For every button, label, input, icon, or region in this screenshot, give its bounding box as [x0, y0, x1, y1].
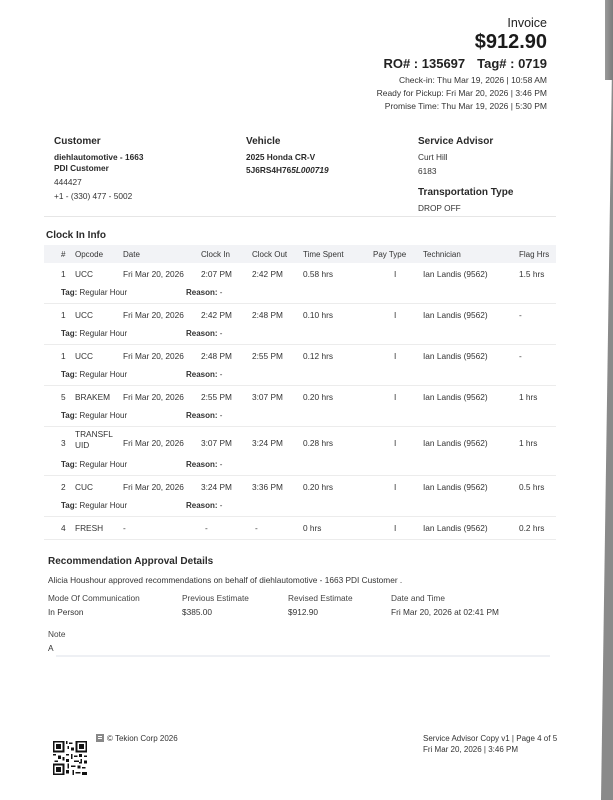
- transportation-type-title: Transportation Type: [418, 187, 578, 198]
- row-clock-out: 2:55 PM: [252, 351, 283, 361]
- promise-time: Promise Time: Thu Mar 19, 2026 | 5:30 PM: [385, 101, 547, 111]
- footer-page-info: Service Advisor Copy v1 | Page 4 of 5 Fr…: [423, 733, 557, 755]
- row-clock-in: 2:42 PM: [201, 310, 232, 320]
- header-clock-in: Clock In: [201, 250, 230, 259]
- row-date: Fri Mar 20, 2026: [123, 482, 184, 492]
- vehicle-title: Vehicle: [246, 136, 406, 147]
- vehicle-vin: 5J6RS4H765L000719: [246, 165, 406, 175]
- row-clock-out: 2:42 PM: [252, 269, 283, 279]
- row-technician: Ian Landis (9562): [423, 269, 488, 279]
- customer-title: Customer: [54, 136, 234, 147]
- row-time-spent: 0.12 hrs: [303, 351, 333, 361]
- table-row: 4 FRESH - - - 0 hrs I Ian Landis (9562) …: [44, 517, 556, 540]
- service-advisor-title: Service Advisor: [418, 136, 578, 147]
- row-opcode: BRAKEM: [75, 392, 110, 402]
- row-date: Fri Mar 20, 2026: [123, 392, 184, 402]
- row-flag-hrs: 1 hrs: [519, 392, 537, 402]
- customer-phone: +1 - (330) 477 - 5002: [54, 191, 234, 201]
- header-time-spent: Time Spent: [303, 250, 344, 259]
- row-clock-in: 2:07 PM: [201, 269, 232, 279]
- transportation-type-value: DROP OFF: [418, 203, 578, 213]
- header-technician: Technician: [423, 250, 461, 259]
- row-num: 5: [61, 392, 66, 402]
- row-tag: Tag: Regular Hour: [61, 501, 127, 510]
- row-tag: Tag: Regular Hour: [61, 411, 127, 420]
- vehicle-model: 2025 Honda CR-V: [246, 152, 406, 162]
- row-tag: Tag: Regular Hour: [61, 460, 127, 469]
- row-date: -: [123, 523, 126, 533]
- row-num: 2: [61, 482, 66, 492]
- customer-name-line2: PDI Customer: [54, 163, 234, 173]
- row-num: 1: [61, 351, 66, 361]
- row-pay-type: I: [394, 351, 396, 361]
- vehicle-block: Vehicle 2025 Honda CR-V 5J6RS4H765L00071…: [246, 136, 406, 175]
- row-clock-in: 3:07 PM: [201, 438, 232, 448]
- customer-id: 444427: [54, 177, 234, 187]
- qr-code-icon: [53, 741, 87, 775]
- section-divider: [44, 216, 556, 217]
- row-technician: Ian Landis (9562): [423, 310, 488, 320]
- row-time-spent: 0.10 hrs: [303, 310, 333, 320]
- tekion-logo-icon: [96, 734, 104, 742]
- row-technician: Ian Landis (9562): [423, 392, 488, 402]
- scan-edge-shadow-top: [605, 0, 613, 80]
- row-clock-in: 3:24 PM: [201, 482, 232, 492]
- row-clock-in: -: [205, 523, 208, 533]
- service-advisor-id: 6183: [418, 166, 578, 176]
- row-pay-type: I: [394, 482, 396, 492]
- row-opcode: UCC: [75, 269, 93, 279]
- table-row: 5 BRAKEM Fri Mar 20, 2026 2:55 PM 3:07 P…: [44, 386, 556, 427]
- row-opcode: UCC: [75, 310, 93, 320]
- section-divider: [56, 655, 550, 657]
- mode-of-communication: Mode Of Communication In Person: [48, 593, 140, 617]
- header-clock-out: Clock Out: [252, 250, 287, 259]
- row-clock-out: 3:24 PM: [252, 438, 283, 448]
- row-opcode: UCC: [75, 351, 93, 361]
- service-advisor-name: Curt Hill: [418, 152, 578, 162]
- ready-for-pickup-time: Ready for Pickup: Fri Mar 20, 2026 | 3:4…: [377, 88, 547, 98]
- row-reason: Reason: -: [186, 501, 222, 510]
- row-tag: Tag: Regular Hour: [61, 329, 127, 338]
- row-flag-hrs: 1 hrs: [519, 438, 537, 448]
- row-technician: Ian Landis (9562): [423, 438, 488, 448]
- header-date: Date: [123, 250, 140, 259]
- previous-estimate: Previous Estimate $385.00: [182, 593, 249, 617]
- row-reason: Reason: -: [186, 329, 222, 338]
- row-reason: Reason: -: [186, 411, 222, 420]
- row-opcode: CUC: [75, 482, 93, 492]
- row-pay-type: I: [394, 310, 396, 320]
- customer-block: Customer diehlautomotive - 1663 PDI Cust…: [54, 136, 234, 201]
- row-tag: Tag: Regular Hour: [61, 288, 127, 297]
- ro-tag-line: RO# : 135697Tag# : 0719: [383, 56, 547, 71]
- ro-number: RO# : 135697: [383, 56, 465, 71]
- row-flag-hrs: -: [519, 351, 522, 361]
- header-pay-type: Pay Type: [373, 250, 406, 259]
- footer-copyright: © Tekion Corp 2026: [96, 734, 178, 743]
- row-num: 1: [61, 269, 66, 279]
- row-reason: Reason: -: [186, 370, 222, 379]
- row-technician: Ian Landis (9562): [423, 482, 488, 492]
- table-row: 1 UCC Fri Mar 20, 2026 2:42 PM 2:48 PM 0…: [44, 304, 556, 345]
- row-num: 3: [61, 438, 66, 448]
- row-flag-hrs: 1.5 hrs: [519, 269, 544, 279]
- copy-info: Service Advisor Copy v1 | Page 4 of 5: [423, 733, 557, 744]
- recommendation-section: Recommendation Approval Details Alicia H…: [48, 556, 558, 653]
- note: Note A: [48, 629, 558, 653]
- vin-prefix: 5J6RS4H76: [246, 165, 291, 175]
- row-date: Fri Mar 20, 2026: [123, 269, 184, 279]
- customer-name-line1: diehlautomotive - 1663: [54, 152, 234, 162]
- row-time-spent: 0.20 hrs: [303, 482, 333, 492]
- row-technician: Ian Landis (9562): [423, 351, 488, 361]
- approval-date-time: Date and Time Fri Mar 20, 2026 at 02:41 …: [391, 593, 499, 617]
- header-num: #: [61, 250, 65, 259]
- row-flag-hrs: 0.5 hrs: [519, 482, 544, 492]
- row-pay-type: I: [394, 269, 396, 279]
- table-row: 1 UCC Fri Mar 20, 2026 2:07 PM 2:42 PM 0…: [44, 263, 556, 304]
- row-tag: Tag: Regular Hour: [61, 370, 127, 379]
- row-opcode: TRANSFLUID: [75, 429, 113, 451]
- row-clock-out: 3:36 PM: [252, 482, 283, 492]
- row-reason: Reason: -: [186, 288, 222, 297]
- row-pay-type: I: [394, 438, 396, 448]
- vin-suffix: 5L000719: [291, 165, 328, 175]
- scan-edge-shadow: [601, 0, 613, 800]
- invoice-label: Invoice: [507, 16, 547, 30]
- row-flag-hrs: -: [519, 310, 522, 320]
- row-reason: Reason: -: [186, 460, 222, 469]
- recommendation-sentence: Alicia Houshour approved recommendations…: [48, 575, 558, 585]
- row-pay-type: I: [394, 523, 396, 533]
- row-time-spent: 0.28 hrs: [303, 438, 333, 448]
- row-clock-in: 2:55 PM: [201, 392, 232, 402]
- service-advisor-block: Service Advisor Curt Hill 6183 Transport…: [418, 136, 578, 213]
- tag-number: Tag# : 0719: [477, 56, 547, 71]
- row-flag-hrs: 0.2 hrs: [519, 523, 544, 533]
- row-date: Fri Mar 20, 2026: [123, 310, 184, 320]
- invoice-page: Invoice $912.90 RO# : 135697Tag# : 0719 …: [0, 0, 600, 800]
- header-opcode: Opcode: [75, 250, 103, 259]
- row-clock-in: 2:48 PM: [201, 351, 232, 361]
- row-clock-out: 3:07 PM: [252, 392, 283, 402]
- row-technician: Ian Landis (9562): [423, 523, 488, 533]
- table-row: 1 UCC Fri Mar 20, 2026 2:48 PM 2:55 PM 0…: [44, 345, 556, 386]
- row-num: 4: [61, 523, 66, 533]
- clock-in-table: # Opcode Date Clock In Clock Out Time Sp…: [44, 245, 556, 540]
- row-num: 1: [61, 310, 66, 320]
- invoice-amount: $912.90: [475, 31, 547, 54]
- row-time-spent: 0.20 hrs: [303, 392, 333, 402]
- row-pay-type: I: [394, 392, 396, 402]
- clock-in-title: Clock In Info: [46, 230, 106, 241]
- row-time-spent: 0.58 hrs: [303, 269, 333, 279]
- check-in-time: Check-in: Thu Mar 19, 2026 | 10:58 AM: [399, 75, 547, 85]
- row-clock-out: 2:48 PM: [252, 310, 283, 320]
- row-date: Fri Mar 20, 2026: [123, 351, 184, 361]
- printed-at: Fri Mar 20, 2026 | 3:46 PM: [423, 744, 557, 755]
- row-opcode: FRESH: [75, 523, 103, 533]
- recommendation-title: Recommendation Approval Details: [48, 556, 558, 567]
- table-header: # Opcode Date Clock In Clock Out Time Sp…: [44, 245, 556, 263]
- row-date: Fri Mar 20, 2026: [123, 438, 184, 448]
- revised-estimate: Revised Estimate $912.90: [288, 593, 353, 617]
- table-row: 3 TRANSFLUID Fri Mar 20, 2026 3:07 PM 3:…: [44, 427, 556, 476]
- row-time-spent: 0 hrs: [303, 523, 321, 533]
- header-flag-hrs: Flag Hrs: [519, 250, 549, 259]
- table-row: 2 CUC Fri Mar 20, 2026 3:24 PM 3:36 PM 0…: [44, 476, 556, 517]
- row-clock-out: -: [255, 523, 258, 533]
